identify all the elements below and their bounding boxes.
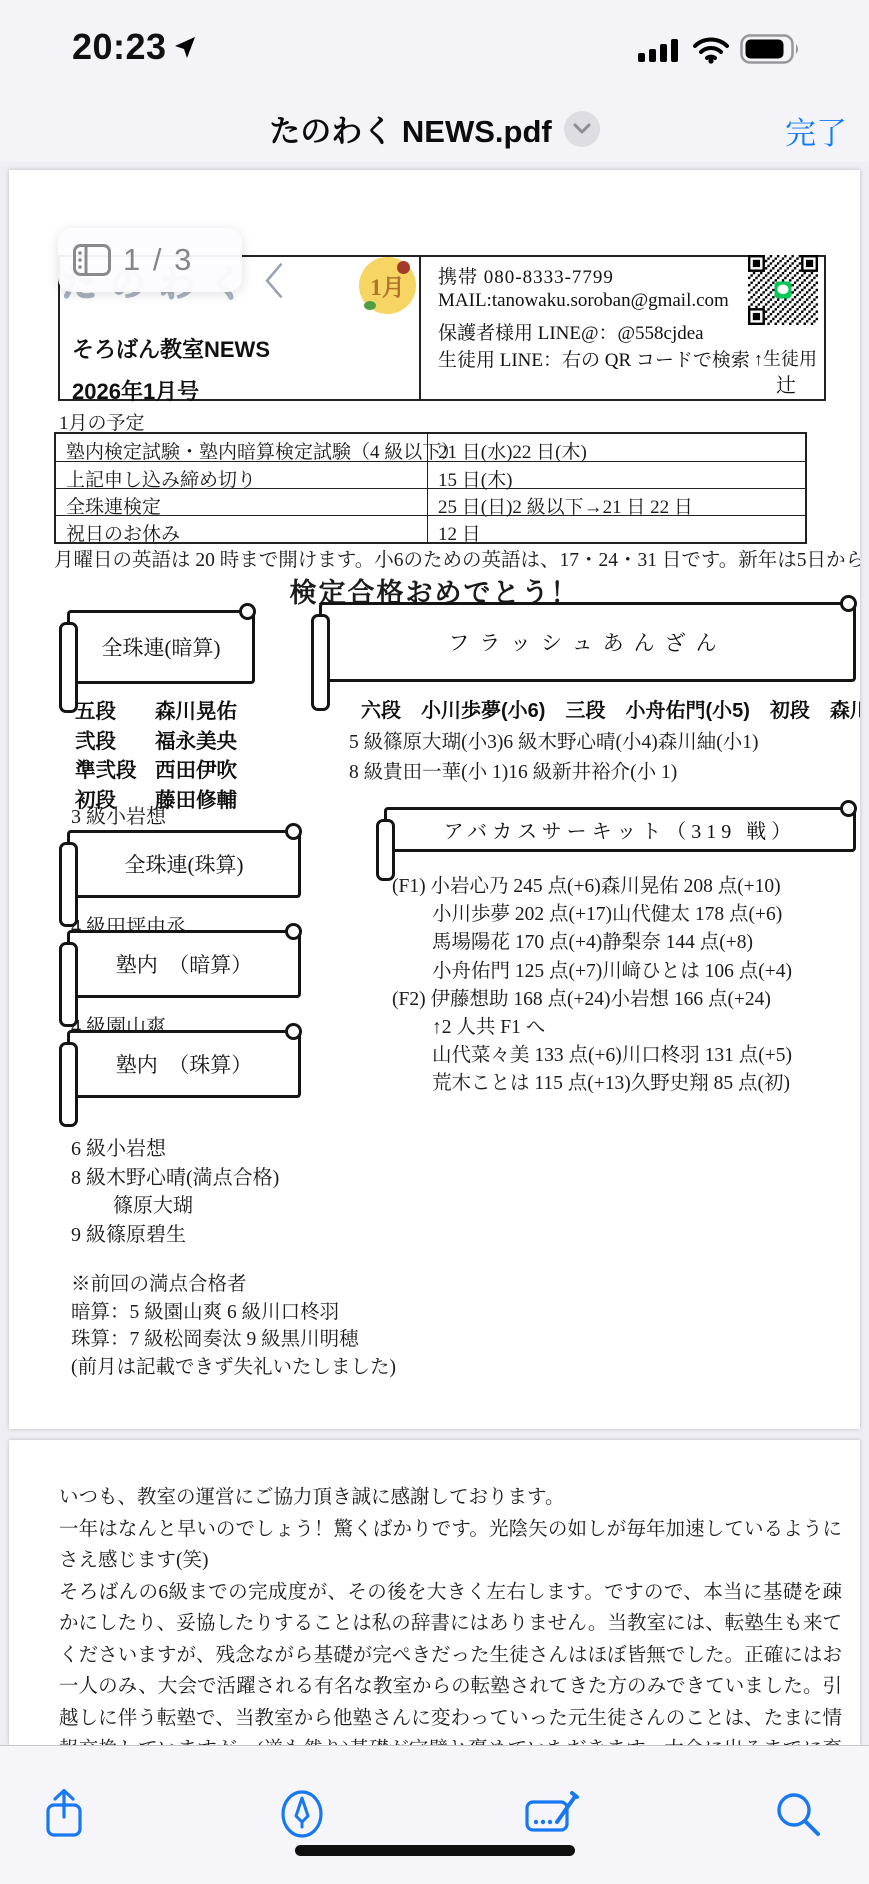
qr-caption: ↑生徒用 (754, 345, 817, 371)
signature-button[interactable] (524, 1786, 580, 1842)
mail-line: MAIL:tanowaku.soroban@gmail.com (438, 290, 729, 312)
phone-line: 携帯 080-8333-7799 (438, 262, 614, 289)
flash-line: 8 級貴田一華(小 1)16 級新井裕介(小 1) (349, 756, 677, 784)
shuzan-line: 9 級篠原碧生 (71, 1218, 279, 1247)
schedule-row-value: 15 日(木) (428, 461, 805, 488)
footnote-line: ※前回の満点合格者 (71, 1268, 396, 1296)
circuit-line: 小舟佑門 125 点(+7)川﨑ひとは 106 点(+4) (392, 955, 792, 983)
student-line: 生徒用 LINE：右の QR コードで検索 (438, 345, 750, 372)
zenshuren-anzan-list: 五段 森川晃佑 弐段 福永美央 準弐段 西田伊吹 初段 藤田修輔 (75, 694, 237, 812)
nav-bar: たのわく NEWS.pdf 完了 (0, 100, 869, 162)
dan-rank: 準弐段 (75, 753, 155, 783)
page-indicator-badge[interactable]: 1 / 3 (58, 228, 242, 292)
banner-zenshuren-anzan: 全珠連(暗算) (67, 610, 255, 684)
circuit-line: (F2) 伊藤想助 168 点(+24)小岩想 166 点(+24) (392, 983, 792, 1011)
title-menu-button[interactable] (564, 111, 600, 147)
parent-line: 保護者様用 LINE@：@558cjdea (438, 318, 704, 345)
shuzan-line: 篠原大瑚 (71, 1189, 279, 1218)
battery-icon (740, 34, 802, 64)
circuit-line: ↑2 人共 F1 へ (392, 1011, 792, 1039)
banner-zenshuren-shuzan: 全珠連(珠算) (67, 830, 301, 898)
schedule-row-value: 25 日(日)2 級以下→21 日 22 日 (428, 488, 805, 515)
thumbnails-icon (73, 244, 111, 276)
banner-juku-anzan: 塾内 （暗算） (67, 930, 301, 998)
month-badge: 1月 (359, 257, 416, 314)
abacus-circuit-list: (F1) 小岩心乃 245 点(+6)森川晃佑 208 点(+10) 小川歩夢 … (392, 870, 792, 1096)
schedule-row-value: 12 日 (428, 515, 805, 542)
signature-icon (524, 1788, 580, 1840)
schedule-row-label: 全珠連検定 (56, 488, 428, 515)
pdf-title: たのわく NEWS.pdf (269, 106, 551, 151)
share-icon (41, 1787, 87, 1841)
dan-row: 五段 森川晃佑 (75, 694, 237, 724)
shuzan-line: 6 級小岩想 (71, 1132, 279, 1161)
footnote-line: 暗算：5 級園山爽 6 級川口柊羽 (71, 1296, 396, 1324)
zenshuren-anzan-extra: 3 級小岩想 (71, 800, 166, 829)
footnote: ※前回の満点合格者 暗算：5 級園山爽 6 級川口柊羽 珠算：7 級松岡奏汰 9… (71, 1268, 396, 1378)
issue-label: 2026年1月号 (72, 375, 199, 406)
status-bar: 20:23 (0, 0, 869, 100)
school-name: そろばん教室NEWS (72, 333, 270, 364)
dan-name: 藤田修輔 (155, 783, 237, 813)
circuit-line: 小川歩夢 202 点(+17)山代健太 178 点(+6) (392, 898, 792, 926)
signature-name: 辻 (776, 369, 796, 398)
banner-abacus-circuit: アバカスサーキット（319 戦） (384, 807, 856, 852)
circuit-line: 山代菜々美 133 点(+6)川口柊羽 131 点(+5) (392, 1039, 792, 1067)
document-page-2[interactable]: いつも、教室の運営にご協力頂き誠に感謝しております。 一年はなんと早いのでしょう… (9, 1440, 860, 1745)
schedule-title: 1月の予定 (59, 408, 145, 435)
wifi-icon (692, 36, 730, 64)
month-badge-decoration-green (364, 301, 376, 310)
dan-row: 準弐段 西田伊吹 (75, 753, 237, 783)
circuit-line: 馬場陽花 170 点(+4)静梨奈 144 点(+8) (392, 926, 792, 954)
schedule-note: 月曜日の英語は 20 時まで開けます。小6のための英語は、17・24・31 日で… (54, 544, 860, 572)
schedule-row-value: 21 日(水)22 日(木) (428, 434, 805, 461)
circuit-line: 荒木ことは 115 点(+13)久野史翔 85 点(初) (392, 1067, 792, 1095)
logo-chevron: 〈 (247, 254, 283, 305)
document-page-1[interactable]: たのわく 〈 1 / 3 そろばん教室NEWS 2026年1月号 1月 携帯 0… (9, 170, 860, 1429)
home-indicator[interactable] (295, 1845, 575, 1856)
dan-rank: 弐段 (75, 724, 155, 754)
dan-rank: 五段 (75, 694, 155, 724)
search-button[interactable] (770, 1786, 826, 1842)
search-icon (773, 1789, 823, 1839)
markup-pen-icon (278, 1788, 326, 1840)
dan-name: 森川晃佑 (155, 694, 237, 724)
schedule-row-label: 祝日のお休み (56, 515, 428, 542)
flash-line: 5 級篠原大瑚(小3)6 級木野心晴(小4)森川紬(小1) (349, 726, 758, 754)
schedule-table: 塾内検定試験・塾内暗算検定試験（4 級以下） 21 日(水)22 日(木) 上記… (54, 432, 807, 544)
month-badge-label: 1月 (370, 269, 405, 302)
schedule-row-label: 上記申し込み締め切り (56, 461, 428, 488)
shuzan-line: 8 級木野心晴(満点合格) (71, 1161, 279, 1190)
location-arrow-icon (172, 34, 198, 60)
page-indicator-label: 1 / 3 (123, 242, 193, 278)
footnote-line: 珠算：7 級松岡奏汰 9 級黒川明穂 (71, 1323, 396, 1351)
dan-name: 福永美央 (155, 724, 237, 754)
bottom-toolbar (0, 1745, 869, 1884)
circuit-line: (F1) 小岩心乃 245 点(+6)森川晃佑 208 点(+10) (392, 870, 792, 898)
qr-code (748, 255, 818, 325)
dan-row: 弐段 福永美央 (75, 724, 237, 754)
header-divider (419, 257, 421, 399)
chevron-down-icon (573, 123, 591, 135)
markup-button[interactable] (274, 1786, 330, 1842)
share-button[interactable] (36, 1786, 92, 1842)
signal-icon (638, 38, 682, 62)
status-time: 20:23 (72, 26, 167, 68)
paragraph: いつも、教室の運営にご協力頂き誠に感謝しております。 (59, 1482, 842, 1514)
paragraph: 一年はなんと早いのでしょう！驚くばかりです。光陰矢の如しが毎年加速しているように… (59, 1514, 842, 1577)
footnote-line: (前月は記載できず失礼いたしました) (71, 1351, 396, 1379)
schedule-row-label: 塾内検定試験・塾内暗算検定試験（4 級以下） (56, 434, 428, 461)
dan-name: 西田伊吹 (155, 753, 237, 783)
done-button[interactable]: 完了 (785, 108, 847, 153)
paragraph: そろばんの6級までの完成度が、その後を大きく左右します。ですので、本当に基礎を疎… (59, 1577, 842, 1746)
month-badge-decoration-red (397, 261, 410, 274)
juku-shuzan-list: 6 級小岩想 8 級木野心晴(満点合格) 篠原大瑚 9 級篠原碧生 (71, 1132, 279, 1246)
banner-juku-shuzan: 塾内 （珠算） (67, 1030, 301, 1098)
flash-dan-line: 六段 小川歩夢(小6) 三段 小舟佑門(小5) 初段 森川浩暉(小5) (361, 694, 860, 723)
banner-flash-anzan: フラッシュあんざん (319, 602, 856, 682)
